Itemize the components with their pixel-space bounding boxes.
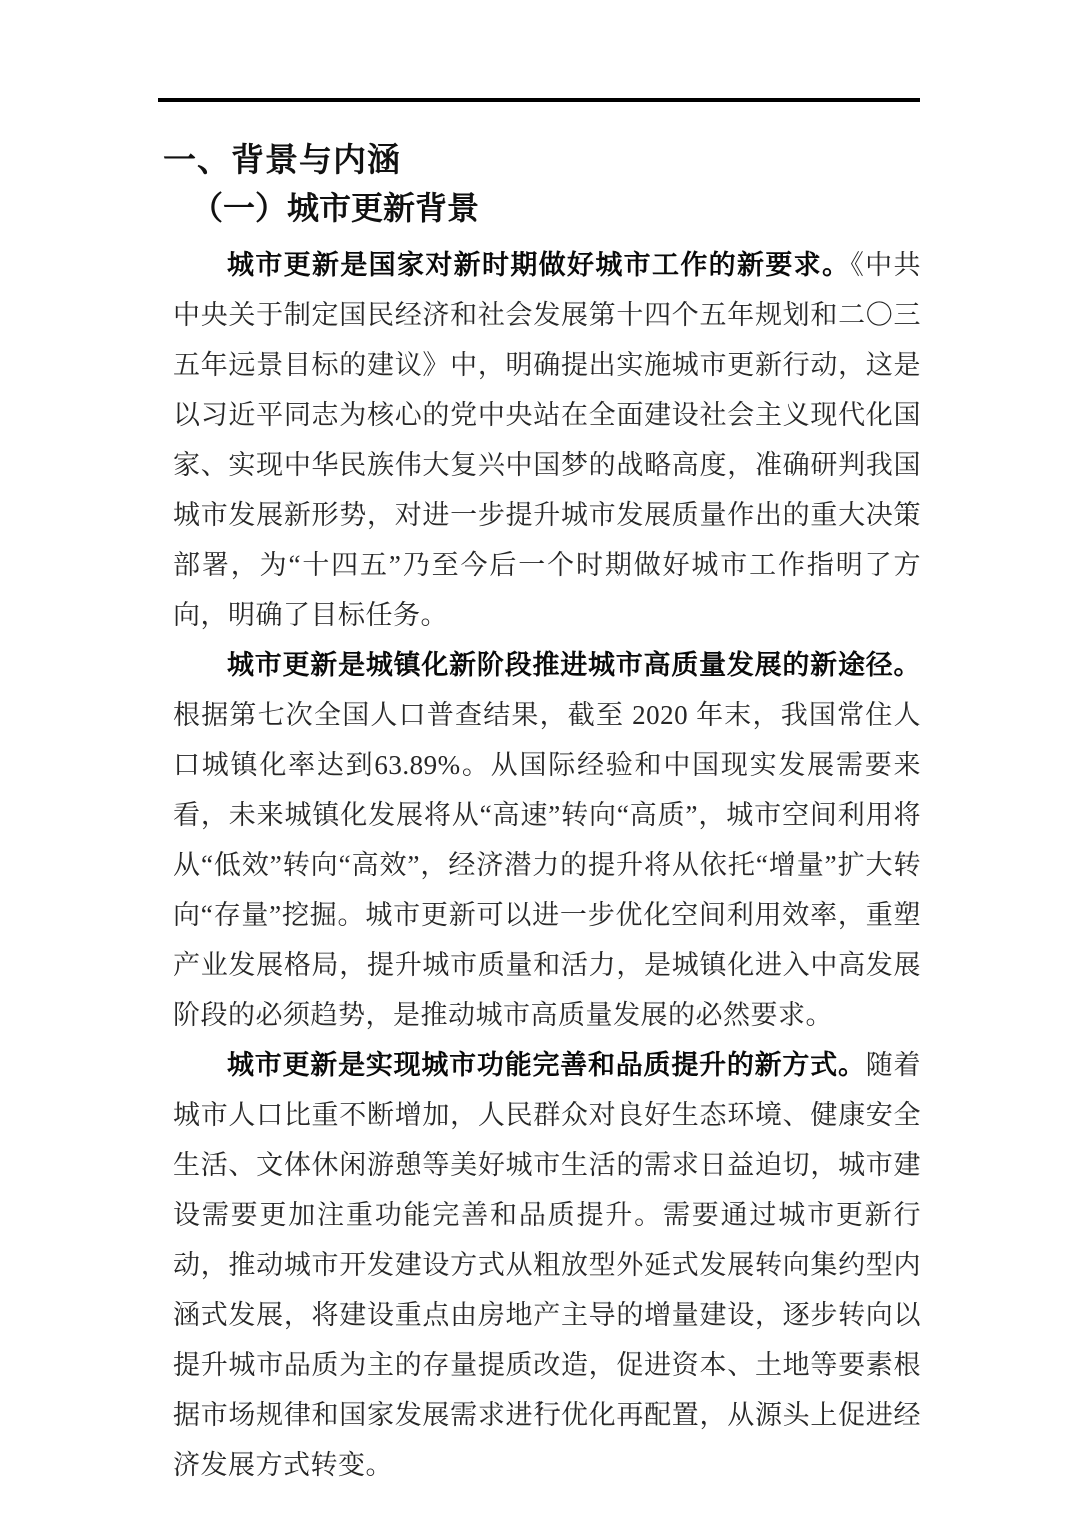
paragraph-lead-sentence: 城市更新是城镇化新阶段推进城市高质量发展的新途径。 — [227, 650, 921, 680]
paragraph: 城市更新是城镇化新阶段推进城市高质量发展的新途径。根据第七次全国人口普查结果，截… — [173, 640, 921, 1040]
page-number: - 1 - — [0, 1392, 1080, 1424]
paragraph: 城市更新是国家对新时期做好城市工作的新要求。《中共中央关于制定国民经济和社会发展… — [173, 240, 921, 640]
body-text: 城市更新是国家对新时期做好城市工作的新要求。《中共中央关于制定国民经济和社会发展… — [173, 240, 921, 1490]
document-page: 一、背景与内涵 （一）城市更新背景 城市更新是国家对新时期做好城市工作的新要求。… — [0, 0, 1080, 1528]
paragraph-lead-sentence: 城市更新是国家对新时期做好城市工作的新要求。 — [227, 250, 850, 280]
paragraph-lead-sentence: 城市更新是实现城市功能完善和品质提升的新方式。 — [227, 1050, 866, 1080]
page-content: 一、背景与内涵 （一）城市更新背景 城市更新是国家对新时期做好城市工作的新要求。… — [173, 140, 921, 1490]
paragraph-body-text: 根据第七次全国人口普查结果，截至 2020 年末，我国常住人口城镇化率达到63.… — [173, 700, 921, 1030]
paragraph-body-text: 《中共中央关于制定国民经济和社会发展第十四个五年规划和二〇三五年远景目标的建议》… — [173, 250, 921, 630]
subsection-heading: （一）城市更新背景 — [173, 188, 921, 228]
header-rule — [158, 98, 920, 102]
section-heading: 一、背景与内涵 — [163, 140, 921, 180]
